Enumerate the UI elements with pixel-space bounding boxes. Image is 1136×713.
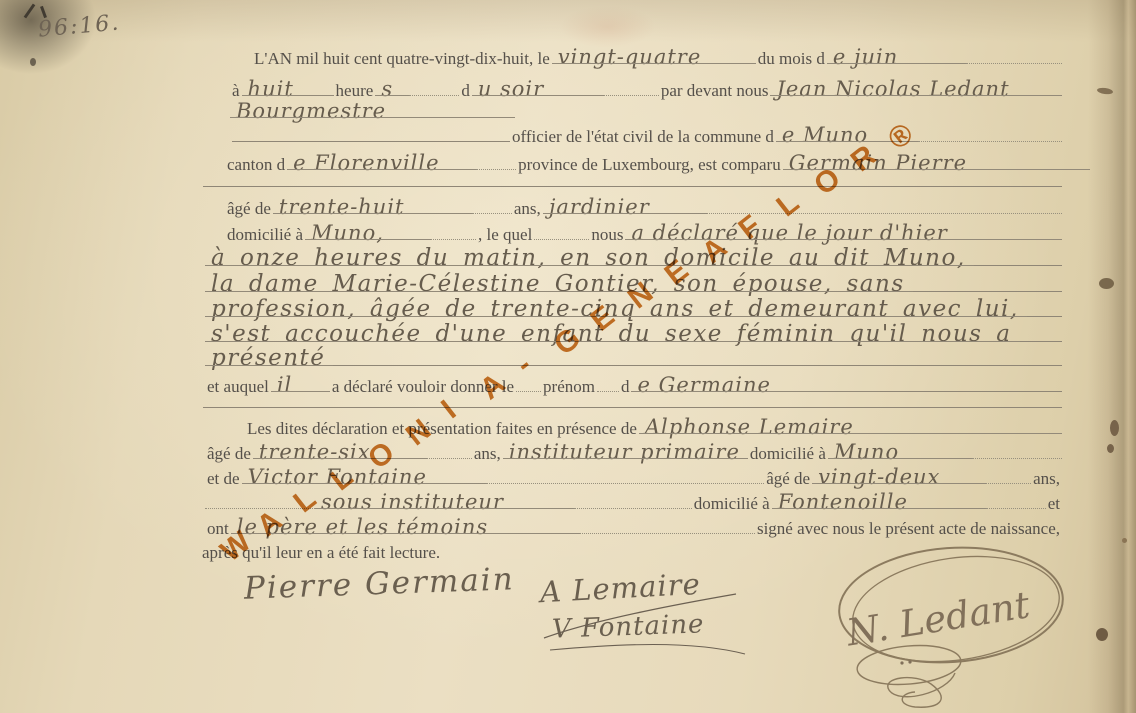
- dotted-fill-line: [534, 238, 589, 240]
- handwritten-entry: Victor Fontaine: [242, 467, 486, 489]
- form-line-6: [203, 166, 1062, 192]
- handwritten-entry: Alphonse Lemaire: [639, 417, 1062, 439]
- dotted-fill-line: [409, 94, 459, 96]
- officer-signature-text: N. Ledant: [843, 583, 1033, 655]
- edge-spot: [1107, 444, 1114, 453]
- rule-line: [232, 140, 510, 142]
- rule-line: [974, 264, 1062, 266]
- form-line-4: officier de l'état civil de la commune d…: [232, 121, 1062, 147]
- edge-spot: [1099, 278, 1114, 289]
- signature-father: Pierre Germain: [243, 561, 515, 606]
- printed-text: âgé de: [225, 199, 273, 219]
- signature-flourishes: [540, 586, 780, 666]
- printed-text: officier de l'état civil de la commune d: [510, 127, 776, 147]
- form-line-17: âgé detrente-sixans,instituteur primaire…: [205, 438, 1062, 464]
- handwritten-entry: Muno,: [305, 223, 431, 245]
- rule-line: [1020, 340, 1063, 342]
- edge-spot: [1122, 538, 1127, 543]
- printed-text: ans,: [1031, 469, 1062, 489]
- form-line-15: [203, 387, 1062, 413]
- dotted-fill-line: [574, 507, 692, 509]
- form-line-7: âgé detrente-huitans,jardinier: [225, 193, 1062, 219]
- officer-signature-stamp: N. Ledant: [793, 537, 1123, 713]
- form-line-13: présenté: [205, 343, 1062, 371]
- printed-text: domicilié à: [692, 494, 772, 514]
- rule-line: [1027, 315, 1062, 317]
- paper-stain: [560, 6, 655, 48]
- handwritten-entry: vingt-deux: [812, 467, 986, 489]
- dotted-fill-line: [918, 140, 1062, 142]
- printed-text: ans,: [472, 444, 503, 464]
- dotted-fill-line: [604, 94, 659, 96]
- form-line-1: L'AN mil huit cent quatre-vingt-dix-huit…: [252, 43, 1062, 69]
- printed-text: du mois d: [756, 49, 827, 69]
- dotted-fill-line: [580, 532, 755, 534]
- handwritten-entry: trente-huit: [273, 197, 472, 219]
- handwritten-entry: e juin: [827, 47, 966, 69]
- form-line-21: après qu'il leur en a été fait lecture.: [200, 537, 630, 563]
- printed-text: par devant nous: [659, 81, 771, 101]
- printed-text: âgé de: [205, 444, 253, 464]
- handwritten-entry: jardinier: [543, 197, 707, 219]
- handwritten-entry: sous instituteur: [315, 492, 574, 514]
- dotted-fill-line: [427, 457, 472, 459]
- dotted-fill-line: [707, 212, 1062, 214]
- handwritten-entry: Fontenoille: [772, 492, 986, 514]
- ink-blot: [30, 58, 36, 66]
- printed-text: et: [1046, 494, 1062, 514]
- form-line-8: domicilié àMuno,, le quelnousa déclaré q…: [225, 219, 1062, 245]
- rule-line: [203, 406, 1062, 408]
- printed-text: âgé de: [764, 469, 812, 489]
- printed-text: Les dites déclaration et présentation fa…: [245, 419, 639, 439]
- rule-line: [203, 185, 1062, 187]
- printed-text: ans,: [512, 199, 543, 219]
- form-line-9: à onze heures du matin, en son domicile …: [205, 243, 1062, 271]
- handwritten-entry: à onze heures du matin, en son domicile …: [205, 247, 974, 271]
- dotted-fill-line: [966, 62, 1062, 64]
- handwritten-entry: vingt-quatre: [552, 47, 756, 69]
- rule-line: [333, 364, 1062, 366]
- dotted-fill-line: [431, 238, 476, 240]
- form-line-16: Les dites déclaration et présentation fa…: [245, 413, 1062, 439]
- form-line-19: sous instituteurdomicilié àFontenoilleet: [205, 488, 1062, 514]
- page-binding-edge: [1088, 0, 1136, 713]
- dotted-fill-line: [472, 212, 512, 214]
- handwritten-entry: Muno: [828, 442, 972, 464]
- handwritten-entry: Jean Nicolas Ledant: [770, 79, 1062, 101]
- dotted-fill-line: [486, 482, 765, 484]
- form-line-3: Bourgmestre: [230, 97, 515, 123]
- handwritten-entry: a déclaré que le jour d'hier: [625, 223, 1062, 245]
- printed-text: L'AN mil huit cent quatre-vingt-dix-huit…: [252, 49, 552, 69]
- handwritten-entry: présenté: [205, 347, 333, 371]
- edge-spot: [1096, 628, 1108, 641]
- dotted-fill-line: [972, 457, 1062, 459]
- handwritten-entry: Bourgmestre: [230, 101, 515, 123]
- handwritten-entry: instituteur primaire: [503, 442, 748, 464]
- edge-spot: [1110, 420, 1119, 436]
- rule-line: [913, 290, 1062, 292]
- form-line-20: ontle père et les témoinssigné avec nous…: [205, 513, 1062, 539]
- printed-text: et de: [205, 469, 242, 489]
- dotted-fill-line: [986, 507, 1046, 509]
- dotted-fill-line: [986, 482, 1031, 484]
- birth-certificate-scan: 96:16. L'AN mil huit cent quatre-vingt-d…: [0, 0, 1136, 713]
- printed-text: domicilié à: [748, 444, 828, 464]
